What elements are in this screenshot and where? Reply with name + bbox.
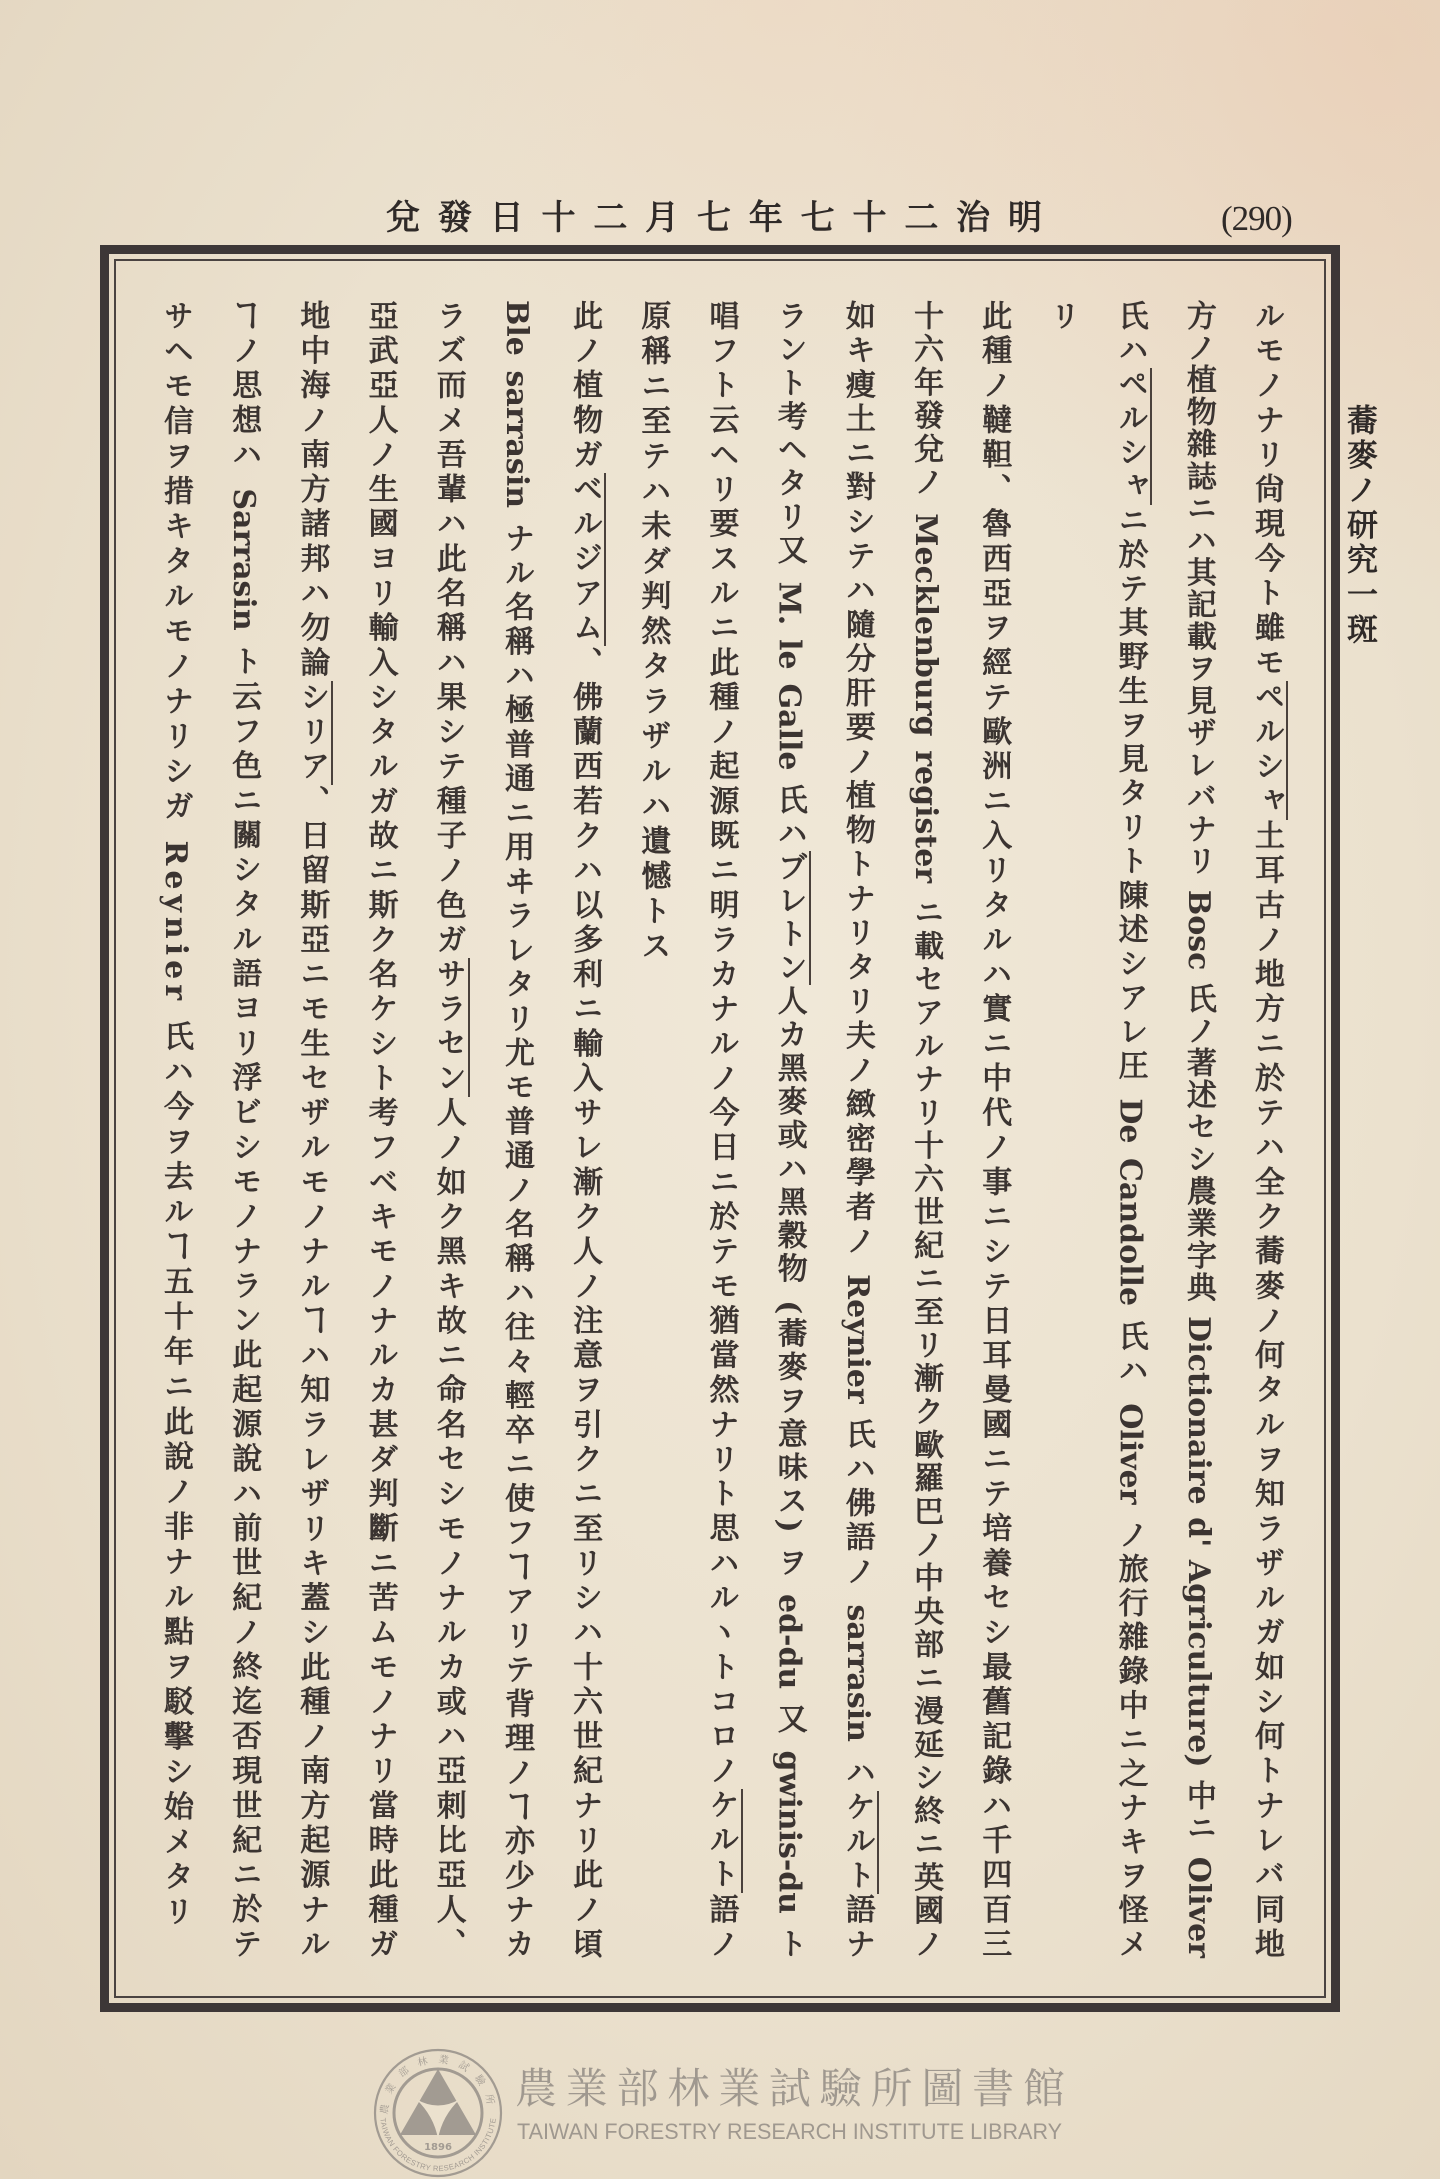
text-column: Ble sarrasin ナル名稱ハ極普通ニ用ヰラレタリ尤モ普通ノ名稱ハ往々輕卒…: [493, 300, 539, 1958]
text-segment: 人ノ如ク黑キ故ニ命名セシモノナルカ或ハ亞刺比亞人、: [431, 1097, 466, 1958]
text-segment: 原稱ニ至テハ未ダ判然タラザルハ遺憾トス: [635, 300, 670, 965]
text-segment: ヿノ思想ハ Sarrasin ト云フ色ニ關シタル語ヨリ浮ビシモノナラン此起源說ハ…: [226, 300, 261, 1958]
text-column: 氏ハペルシャニ於テ其野生ヲ見タリト陳述シアレ圧 De Candolle 氏ハ O…: [1107, 300, 1153, 1958]
text-segment: 此ノ植物ガ: [567, 300, 602, 473]
text-column: 原稱ニ至テハ未ダ判然タラザルハ遺憾トス: [629, 300, 675, 1958]
proper-noun-marked-text: ブレトン: [772, 851, 811, 985]
library-name-english: TAIWAN FORESTRY RESEARCH INSTITUTE LIBRA…: [517, 2119, 1062, 2144]
library-name-english-wrap: TAIWAN FORESTRY RESEARCH INSTITUTE LIBRA…: [517, 2117, 1064, 2145]
running-header-date: 明治二十七年七月二十日發兌: [386, 196, 1042, 240]
text-column: 此ノ植物ガベルジアム、佛蘭西若クハ以多利ニ輸入サレ漸ク人ノ注意ヲ引クニ至リシハ十…: [561, 300, 607, 1958]
proper-noun-marked-text: ケルト: [704, 1789, 743, 1893]
institute-seal-logo-icon: 1896 農業部林業試驗所 TAIWAN FORESTRY RESEARCH I…: [371, 2046, 505, 2179]
seal-year: 1896: [424, 2142, 452, 2153]
text-block: ルモノナリ尙現今ト雖モペルシャ土耳古ノ地方ニ於テハ全ク蕎麥ノ何タルヲ知ラザルガ如…: [152, 300, 1289, 1958]
article-side-title: 蕎麥ノ研究一斑: [1339, 404, 1379, 644]
text-column: 如キ瘦土ニ對シテハ隨分肝要ノ植物トナリタリ夫ノ緻密學者ノ Reynier 氏ハ佛…: [834, 300, 880, 1958]
proper-noun-marked-text: シリア: [294, 681, 333, 785]
proper-noun-marked-text: サラセン: [431, 958, 470, 1097]
text-column: ルモノナリ尙現今ト雖モペルシャ土耳古ノ地方ニ於テハ全ク蕎麥ノ何タルヲ知ラザルガ如…: [1243, 300, 1289, 1958]
text-segment: 語ノ: [704, 1893, 739, 1958]
text-segment: 如キ瘦土ニ對シテハ隨分肝要ノ植物トナリタリ夫ノ緻密學者ノ Reynier 氏ハ佛…: [840, 300, 875, 1791]
text-segment: サヘモ信ヲ措キタルモノナリシガ Reynier 氏ハ今ヲ去ルヿ五十年ニ此說ノ非ナ…: [158, 300, 193, 1930]
text-segment: 方ノ植物雜誌ニハ其記載ヲ見ザレバナリ Bosc 氏ノ著述セシ農業字典 Dicti…: [1181, 300, 1216, 1958]
text-column: ラズ而メ吾輩ハ此名稱ハ果シテ種子ノ色ガサラセン人ノ如ク黑キ故ニ命名セシモノナルカ…: [425, 300, 471, 1958]
text-segment: 氏ハ: [1113, 300, 1148, 368]
text-column: 唱フト云ヘリ要スルニ此種ノ起源既ニ明ラカナルノ今日ニ於テモ猶當然ナリト思ハルヽト…: [698, 300, 744, 1958]
text-segment: ラズ而メ吾輩ハ此名稱ハ果シテ種子ノ色ガ: [431, 300, 466, 958]
text-segment: 地中海ノ南方諸邦ハ勿論: [294, 300, 329, 681]
text-column: サヘモ信ヲ措キタルモノナリシガ Reynier 氏ハ今ヲ去ルヿ五十年ニ此說ノ非ナ…: [152, 300, 198, 1958]
text-segment: 、日留斯亞ニモ生セザルモノナルヿハ知ラレザリキ蓋シ此種ノ南方起源ナル: [294, 785, 329, 1958]
text-segment: 土耳古ノ地方ニ於テハ全ク蕎麥ノ何タルヲ知ラザルガ如シ何トナレバ同地: [1249, 820, 1284, 1958]
text-column: 此種ノ韃靼、魯西亞ヲ經テ歐洲ニ入リタルハ實ニ中代ノ事ニシテ日耳曼國ニテ培養セシ最…: [970, 300, 1016, 1958]
proper-noun-marked-text: ベルジアム: [567, 473, 606, 646]
text-segment: リ: [1044, 300, 1079, 335]
text-segment: 十六年發兌ノ Mecklenburg register ニ載セアルナリ十六世紀ニ…: [908, 300, 943, 1958]
text-column: ヿノ思想ハ Sarrasin ト云フ色ニ關シタル語ヨリ浮ビシモノナラン此起源說ハ…: [220, 300, 266, 1958]
proper-noun-marked-text: ペルシャ: [1113, 368, 1152, 504]
text-segment: Ble sarrasin ナル名稱ハ極普通ニ用ヰラレタリ尤モ普通ノ名稱ハ往々輕卒…: [499, 300, 534, 1958]
text-column: ラント考ヘタリ又 M. le Galle 氏ハブレトン人カ黑麥或ハ黑穀物 (蕎麥…: [766, 300, 812, 1958]
text-column: 方ノ植物雜誌ニハ其記載ヲ見ザレバナリ Bosc 氏ノ著述セシ農業字典 Dicti…: [1175, 300, 1221, 1958]
text-segment: 語ナ: [840, 1894, 875, 1958]
page-number: (290): [1221, 197, 1292, 241]
proper-noun-marked-text: ペルシャ: [1249, 681, 1288, 820]
text-column: 亞武亞人ノ生國ヨリ輸入シタルガ故ニ斯ク名ケシト考フベキモノナルカ甚ダ判斷ニ苦ムモ…: [357, 300, 403, 1958]
text-segment: ルモノナリ尙現今ト雖モ: [1249, 300, 1284, 681]
library-name-chinese: 農業部林業試驗所圖書館: [515, 2064, 1065, 2114]
text-column: リ: [1038, 300, 1084, 1958]
text-segment: ラント考ヘタリ又 M. le Galle 氏ハ: [772, 300, 807, 851]
proper-noun-marked-text: ケルト: [840, 1791, 879, 1894]
text-segment: 此種ノ韃靼、魯西亞ヲ經テ歐洲ニ入リタルハ實ニ中代ノ事ニシテ日耳曼國ニテ培養セシ最…: [976, 300, 1011, 1958]
text-segment: 唱フト云ヘリ要スルニ此種ノ起源既ニ明ラカナルノ今日ニ於テモ猶當然ナリト思ハルヽト…: [704, 300, 739, 1789]
text-segment: 人カ黑麥或ハ黑穀物 (蕎麥ヲ意味ス) ヲ ed-du 又 gwinis-du ト: [772, 985, 807, 1958]
text-column: 地中海ノ南方諸邦ハ勿論シリア、日留斯亞ニモ生セザルモノナルヿハ知ラレザリキ蓋シ此…: [288, 300, 334, 1958]
text-column: 十六年發兌ノ Mecklenburg register ニ載セアルナリ十六世紀ニ…: [902, 300, 948, 1958]
text-segment: 、佛蘭西若クハ以多利ニ輸入サレ漸ク人ノ注意ヲ引クニ至リシハ十六世紀ナリ此ノ頃: [567, 646, 602, 1958]
text-segment: ニ於テ其野生ヲ見タリト陳述シアレ圧 De Candolle 氏ハ Oliver …: [1113, 505, 1148, 1959]
text-segment: 亞武亞人ノ生國ヨリ輸入シタルガ故ニ斯ク名ケシト考フベキモノナルカ甚ダ判斷ニ苦ムモ…: [363, 300, 398, 1958]
